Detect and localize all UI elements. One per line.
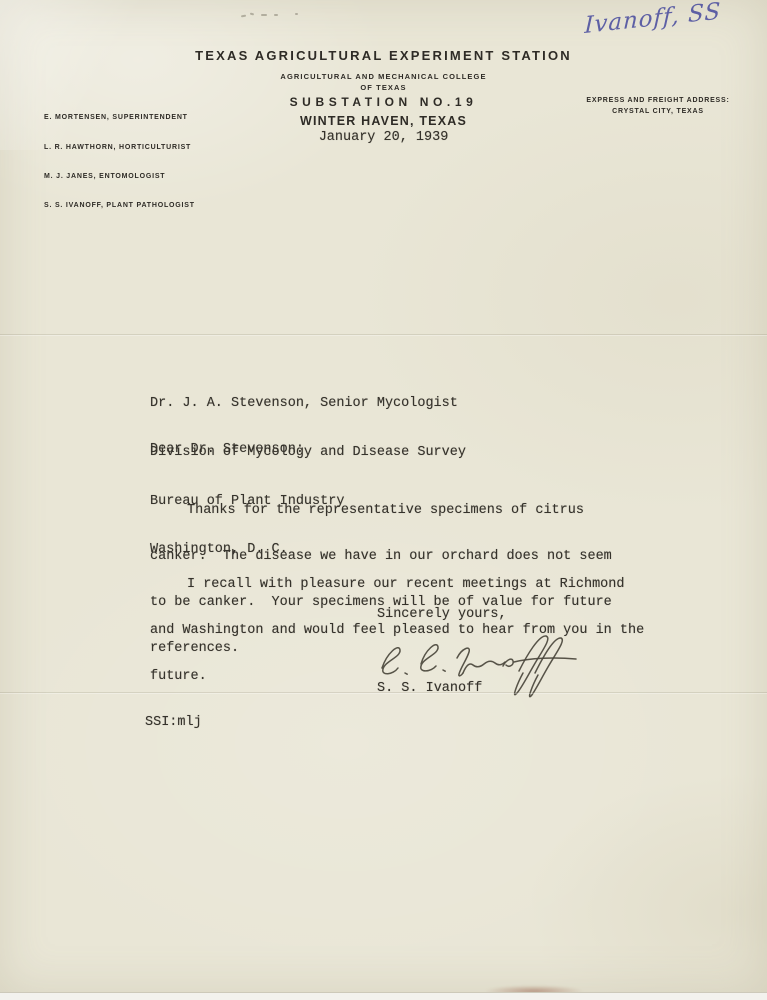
letterhead-staff-list: E. MORTENSEN, SUPERINTENDENT L. R. HAWTH… — [44, 94, 195, 230]
staff-line: L. R. HAWTHORN, HORTICULTURIST — [44, 143, 195, 153]
pencil-marks — [241, 12, 321, 20]
body-line: I recall with pleasure our recent meetin… — [150, 577, 644, 592]
scan-edge — [0, 992, 767, 1000]
staff-line: S. S. IVANOFF, PLANT PATHOLOGIST — [44, 201, 195, 211]
staff-line: E. MORTENSEN, SUPERINTENDENT — [44, 113, 195, 123]
letterhead-subtitle-line2: OF TEXAS — [0, 83, 767, 92]
fold-line-lower — [0, 692, 767, 695]
fold-line-upper — [0, 334, 767, 337]
letterhead-subtitle-line1: AGRICULTURAL AND MECHANICAL COLLEGE — [0, 72, 767, 81]
letterhead-title: TEXAS AGRICULTURAL EXPERIMENT STATION — [0, 48, 767, 63]
recipient-line: Dr. J. A. Stevenson, Senior Mycologist — [150, 396, 466, 412]
staff-line: M. J. JANES, ENTOMOLOGIST — [44, 172, 195, 182]
handwritten-filing-note: Ivanoff, SS — [584, 0, 754, 39]
letter-sheet: Ivanoff, SS TEXAS AGRICULTURAL EXPERIMEN… — [0, 0, 767, 992]
salutation: Dear Dr. Stevenson: — [150, 442, 304, 457]
body-line: Thanks for the representative specimens … — [150, 503, 612, 518]
letterhead-freight-address: EXPRESS AND FREIGHT ADDRESS: CRYSTAL CIT… — [578, 95, 738, 117]
reference-initials: SSI:mlj — [145, 715, 202, 730]
freight-label: EXPRESS AND FREIGHT ADDRESS: — [578, 95, 738, 106]
freight-location: CRYSTAL CITY, TEXAS — [578, 106, 738, 117]
closing-phrase: Sincerely yours, — [377, 607, 507, 622]
